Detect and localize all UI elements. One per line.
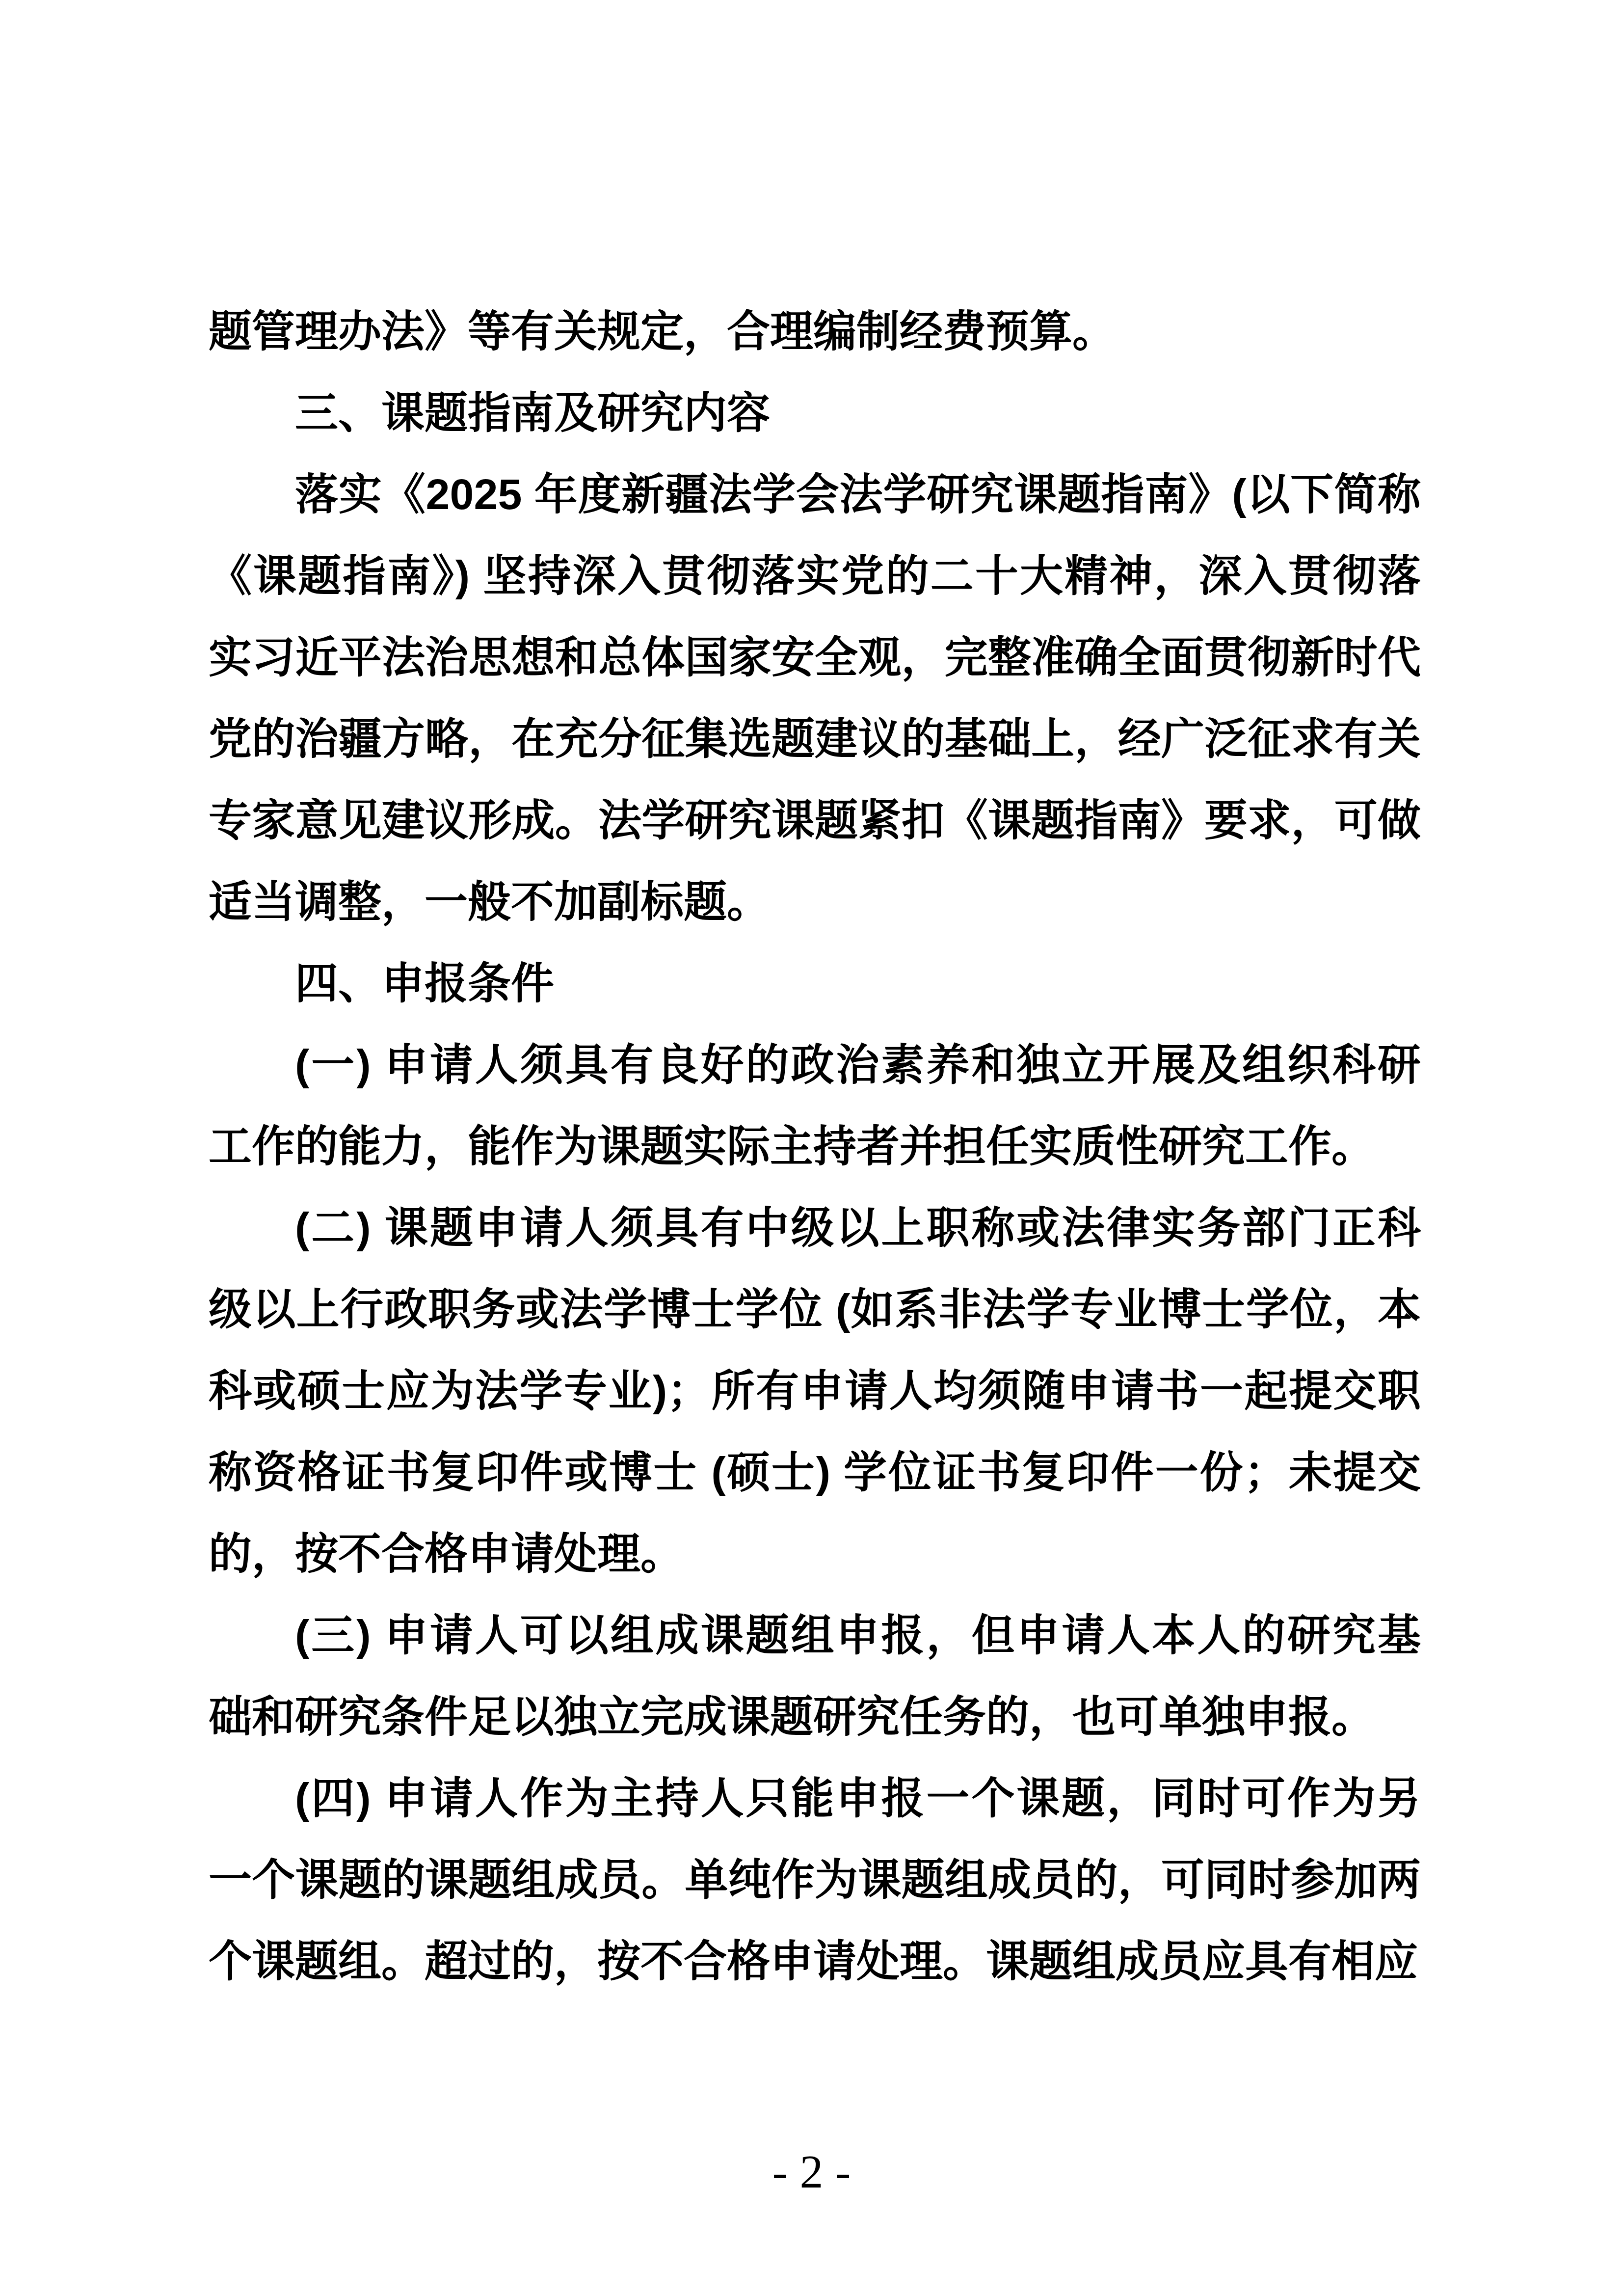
paragraph: (二) 课题申请人须具有中级以上职称或法律实务部门正科级以上行政职务或法学博士学…: [209, 1187, 1421, 1594]
text-line: (一) 申请人须具有良好的政治素养和独立开展及组织科研: [209, 1024, 1421, 1106]
text-line: 工作的能力，能作为课题实际主持者并担任实质性研究工作。: [209, 1106, 1421, 1187]
text-line: 落实《2025 年度新疆法学会法学研究课题指南》(以下简称: [209, 454, 1421, 535]
document-page: 题管理办法》等有关规定，合理编制经费预算。三、课题指南及研究内容落实《2025 …: [0, 0, 1623, 2296]
text-line: 适当调整，一般不加副标题。: [209, 861, 1421, 943]
paragraph: (三) 申请人可以组成课题组申报，但申请人本人的研究基础和研究条件足以独立完成课…: [209, 1594, 1421, 1757]
page-number: - 2 -: [0, 2144, 1623, 2199]
text-line: 级以上行政职务或法学博士学位 (如系非法学专业博士学位，本: [209, 1269, 1421, 1350]
text-line: 专家意见建议形成。法学研究课题紧扣《课题指南》要求，可做: [209, 780, 1421, 861]
text-line: 的，按不合格申请处理。: [209, 1513, 1421, 1594]
text-line: 三、课题指南及研究内容: [209, 372, 1421, 454]
section-heading: 三、课题指南及研究内容: [209, 372, 1421, 454]
text-line: 实习近平法治思想和总体国家安全观，完整准确全面贯彻新时代: [209, 617, 1421, 698]
document-text-block: 题管理办法》等有关规定，合理编制经费预算。三、课题指南及研究内容落实《2025 …: [209, 291, 1421, 2002]
text-line: 《课题指南》) 坚持深入贯彻落实党的二十大精神，深入贯彻落: [209, 535, 1421, 617]
paragraph: (四) 申请人作为主持人只能申报一个课题，同时可作为另一个课题的课题组成员。单纯…: [209, 1757, 1421, 2002]
paragraph: (一) 申请人须具有良好的政治素养和独立开展及组织科研工作的能力，能作为课题实际…: [209, 1024, 1421, 1187]
paragraph: 落实《2025 年度新疆法学会法学研究课题指南》(以下简称《课题指南》) 坚持深…: [209, 454, 1421, 943]
text-line: (二) 课题申请人须具有中级以上职称或法律实务部门正科: [209, 1187, 1421, 1269]
text-line: 题管理办法》等有关规定，合理编制经费预算。: [209, 291, 1421, 372]
text-line: (三) 申请人可以组成课题组申报，但申请人本人的研究基: [209, 1594, 1421, 1676]
text-line: (四) 申请人作为主持人只能申报一个课题，同时可作为另: [209, 1757, 1421, 1839]
text-line: 四、申报条件: [209, 943, 1421, 1024]
text-line: 称资格证书复印件或博士 (硕士) 学位证书复印件一份；未提交: [209, 1432, 1421, 1513]
text-line: 个课题组。超过的，按不合格申请处理。课题组成员应具有相应: [209, 1920, 1421, 2002]
text-line: 党的治疆方略，在充分征集选题建议的基础上，经广泛征求有关: [209, 698, 1421, 780]
paragraph: 题管理办法》等有关规定，合理编制经费预算。: [209, 291, 1421, 372]
text-line: 科或硕士应为法学专业)；所有申请人均须随申请书一起提交职: [209, 1350, 1421, 1432]
text-line: 础和研究条件足以独立完成课题研究任务的，也可单独申报。: [209, 1676, 1421, 1757]
text-line: 一个课题的课题组成员。单纯作为课题组成员的，可同时参加两: [209, 1839, 1421, 1920]
section-heading: 四、申报条件: [209, 943, 1421, 1024]
